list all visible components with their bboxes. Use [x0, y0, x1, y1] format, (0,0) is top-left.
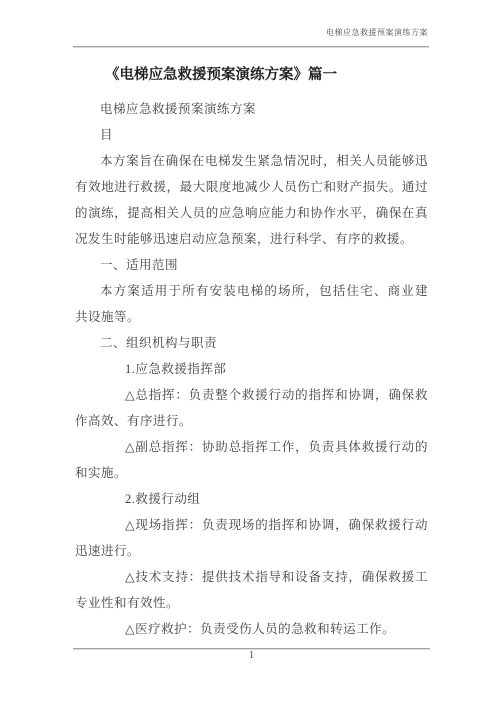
page-number: 1	[75, 650, 428, 661]
document-page: 电梯应急救援预案演练方案 《电梯应急救援预案演练方案》篇一 电梯应急救援预案演练…	[0, 0, 500, 707]
text-line: 目	[75, 122, 428, 148]
document-lines: 电梯应急救援预案演练方案目本方案旨在确保在电梯发生紧急情况时，相关人员能够迅速、…	[75, 96, 428, 642]
text-line: 共设施等。	[75, 304, 428, 330]
text-line: 专业性和有效性。	[75, 590, 428, 616]
page-title: 《电梯应急救援预案演练方案》篇一	[105, 62, 337, 88]
header-rule	[73, 46, 429, 48]
text-line: △总指挥：负责整个救援行动的指挥和协调，确保救援工	[75, 382, 428, 408]
running-header: 电梯应急救援预案演练方案	[75, 27, 428, 38]
text-line: 电梯应急救援预案演练方案	[75, 96, 428, 122]
text-line: △副总指挥：协助总指挥工作，负责具体救援行动的组织	[75, 434, 428, 460]
text-line: 一、适用范围	[75, 252, 428, 278]
text-line: 本方案适用于所有安装电梯的场所，包括住宅、商业建筑、公	[75, 278, 428, 304]
text-line: 有效地进行救援，最大限度地减少人员伤亡和财产损失。通过定期	[75, 174, 428, 200]
text-line: 的演练，提高相关人员的应急响应能力和协作水平，确保在真实情	[75, 200, 428, 226]
text-line: 二、组织机构与职责	[75, 330, 428, 356]
text-line: △技术支持：提供技术指导和设备支持，确保救援工作的	[75, 564, 428, 590]
text-line: 况发生时能够迅速启动应急预案，进行科学、有序的救援。	[75, 226, 428, 252]
text-line: △医疗救护：负责受伤人员的急救和转运工作。	[75, 616, 428, 642]
text-line: 2.救援行动组	[75, 486, 428, 512]
text-line: 本方案旨在确保在电梯发生紧急情况时，相关人员能够迅速、	[75, 148, 428, 174]
text-line: 作高效、有序进行。	[75, 408, 428, 434]
text-line: 1.应急救援指挥部	[75, 356, 428, 382]
text-line: 迅速进行。	[75, 538, 428, 564]
text-line: 和实施。	[75, 460, 428, 486]
text-line: △现场指挥：负责现场的指挥和协调，确保救援行动安全、	[75, 512, 428, 538]
